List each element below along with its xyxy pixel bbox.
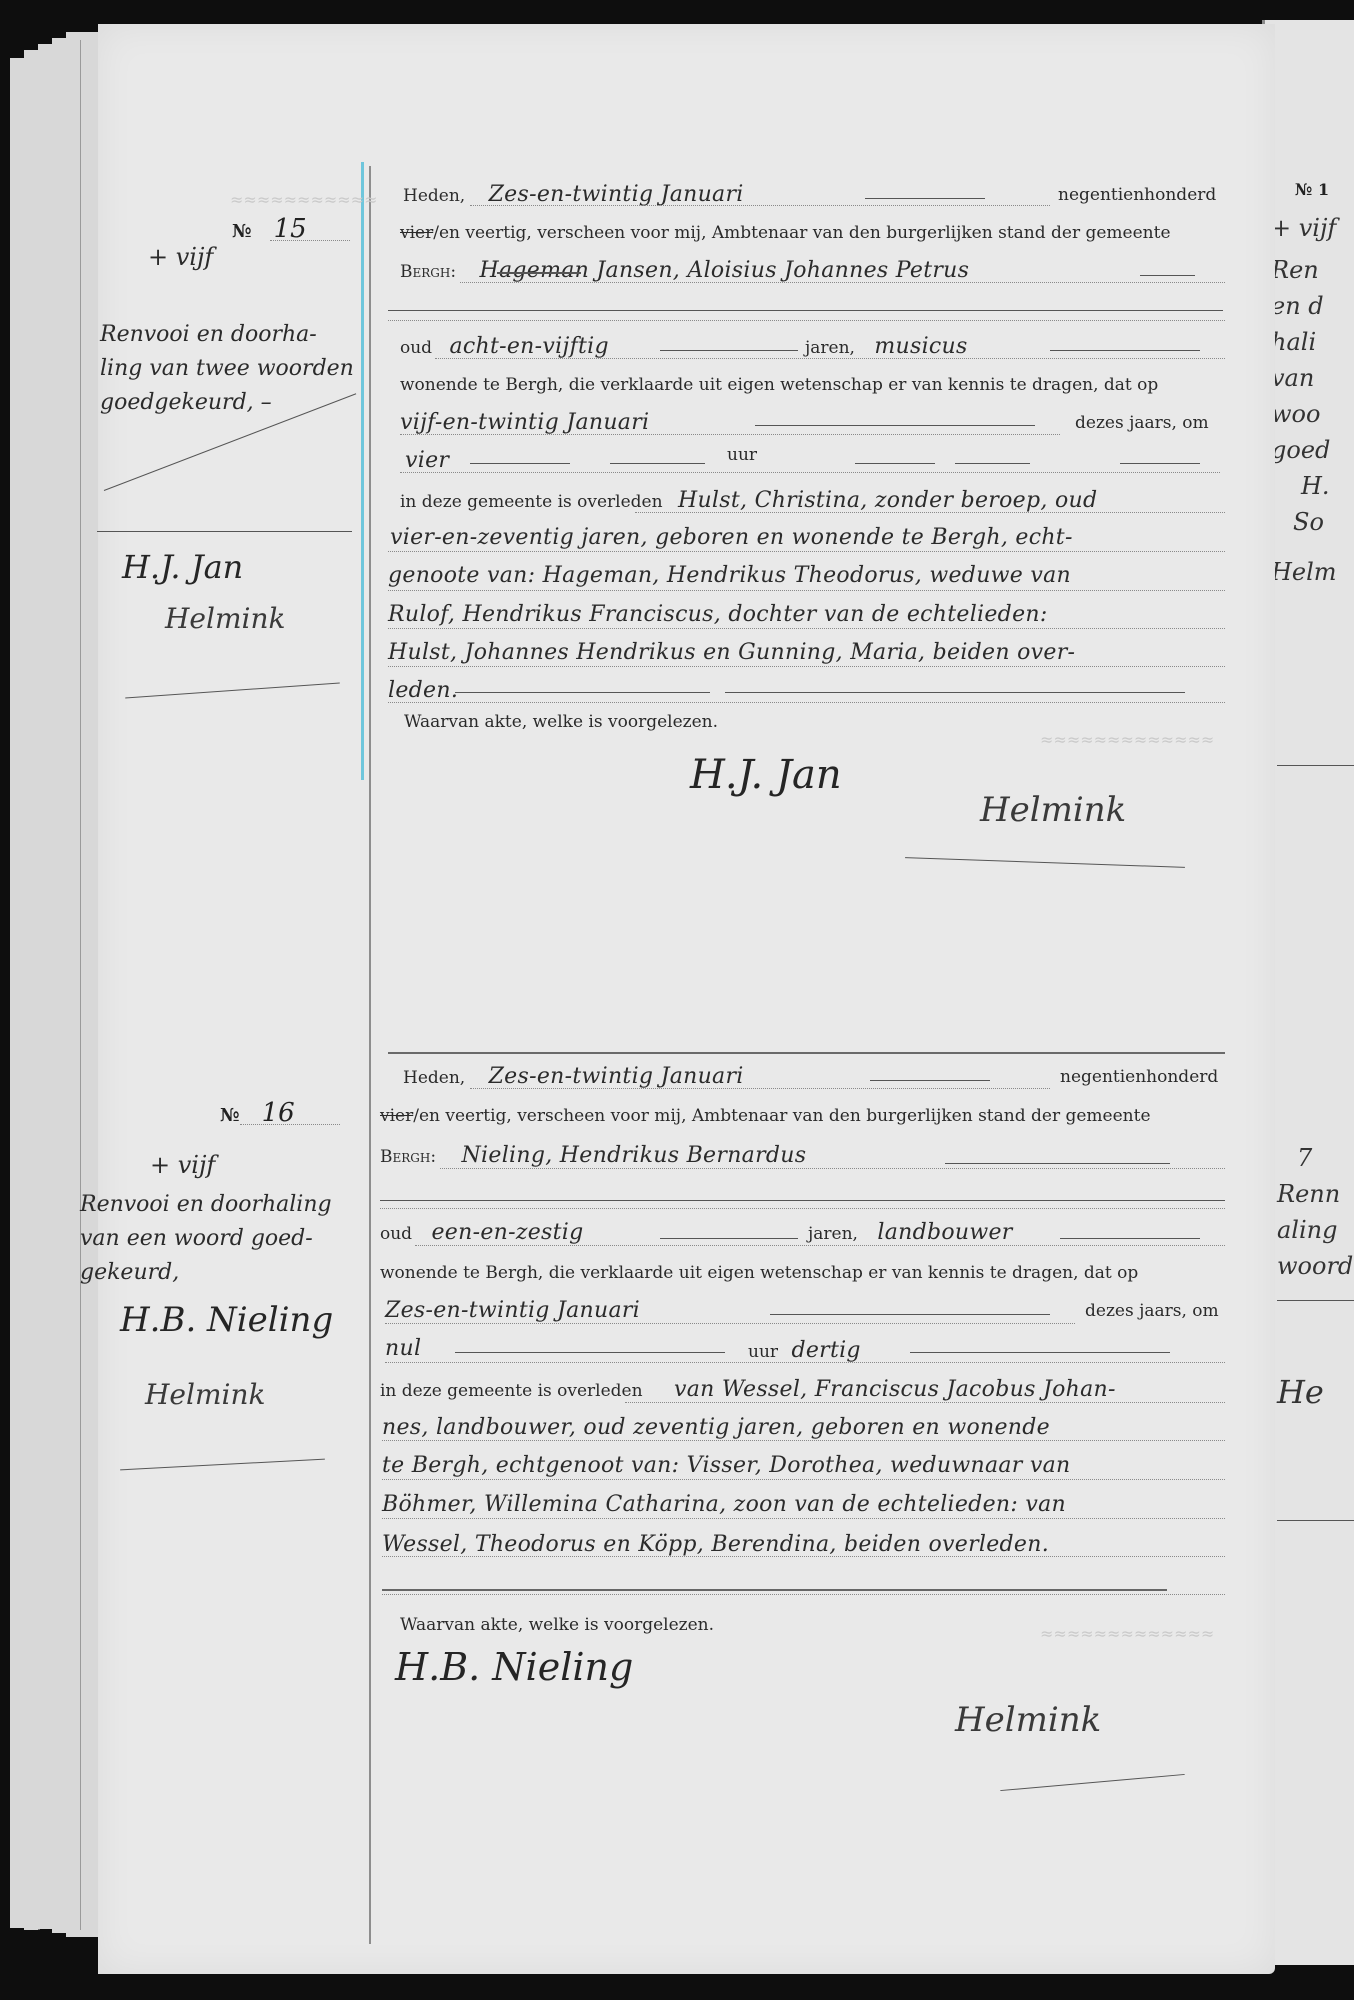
signature-declarant: H.B. Nieling [395,1645,633,1689]
dotted-line [440,1168,1225,1169]
row-hour: nul [385,1334,421,1364]
dotted-line [388,628,1225,629]
deceased-line: genoote van: Hageman, Hendrikus Theodoru… [388,561,1071,591]
fill-rule [855,463,935,464]
fill-rule [455,692,710,693]
fill-rule [660,350,798,351]
fill-rule [470,463,570,464]
dotted-line [240,1124,340,1125]
right-page-fragment: № 1 + vijf Ren en d hali van woo goed H.… [1262,20,1354,1965]
margin-line [369,166,371,1944]
dotted-line [635,512,1225,513]
right-margin-line: goed [1271,432,1337,468]
dotted-line [470,205,1050,206]
dotted-line [385,1323,1075,1324]
row-age: oud een-en-zestig [380,1218,584,1248]
fill-rule [1140,275,1195,276]
right-margin-line: Helm [1271,554,1337,590]
right-margin-line: + vijf [1271,210,1337,246]
fill-rule [380,1200,1225,1201]
deceased-line: Böhmer, Willemina Catharina, zoon van de… [382,1490,1066,1520]
closing-statement: Waarvan akte, welke is voorgelezen. [404,707,718,737]
death-hour: nul [385,1336,421,1361]
deceased-line: van Wessel, Franciscus Jacobus Johan- [674,1377,1116,1402]
right-margin-line: 7 [1297,1140,1353,1176]
fill-rule [455,1352,725,1353]
margin-line-cyan [361,162,364,780]
margin-note: Renvooi en doorhaling van een woord goed… [80,1188,332,1290]
dotted-line [388,702,1225,703]
right-margin-line: van [1271,360,1337,396]
signature-official: Helmink [955,1700,1101,1740]
row-death-date: Zes-en-twintig Januari [385,1296,640,1326]
death-minutes: dertig [791,1338,860,1363]
declarant-age: acht-en-vijftig [449,334,608,359]
right-margin-line: H. [1301,468,1337,504]
number-label: № [232,221,252,242]
deceased-line: te Bergh, echtgenoot van: Visser, Doroth… [382,1451,1071,1481]
label-oud: oud [380,1224,412,1244]
label-heden: Heden, [403,1068,465,1088]
right-margin-line: woo [1271,396,1337,432]
bleed-through: ≈≈≈≈≈≈≈≈≈≈≈ [230,190,377,209]
strike-through [497,272,581,274]
bleed-through: ≈≈≈≈≈≈≈≈≈≈≈≈≈ [1040,730,1214,749]
registration-date: Zes-en-twintig Januari [489,182,744,207]
fill-rule [660,1238,798,1239]
dotted-line [435,358,1225,359]
dotted-line [625,1402,1225,1403]
registration-date: Zes-en-twintig Januari [489,1064,744,1089]
margin-signature: H.J. Jan [122,548,243,586]
dotted-line [382,1518,1225,1519]
death-hour: vier [405,448,449,473]
fill-rule [1060,1238,1200,1239]
label-dezes-jaars: dezes jaars, om [1085,1296,1219,1326]
fill-rule [725,692,1185,693]
struck-word: vier [400,223,433,243]
label-bergh: Bergh: [380,1147,436,1167]
right-margin-line: aling [1277,1212,1353,1248]
fill-rule [1050,350,1200,351]
right-margin-line: en d [1271,288,1337,324]
dotted-line [400,434,1060,435]
margin-note-line: ling van twee woorden [100,352,354,386]
dotted-line [385,1362,1225,1363]
label-negentienhonderd: negentienhonderd [1058,180,1216,210]
dotted-line [400,472,1220,473]
row-declarant: Bergh: Nieling, Hendrikus Bernardus [380,1141,806,1171]
dotted-line [382,1440,1225,1441]
margin-note-line: Renvooi en doorha- [100,318,354,352]
right-margin-line: So [1293,504,1337,540]
rule [97,531,352,532]
year-line: en veertig, verscheen voor mij, Ambtenaa… [419,1106,1151,1126]
label-jaren: jaren, [805,338,855,358]
margin-note-line: Renvooi en doorhaling [80,1188,332,1222]
dotted-line [460,282,1225,283]
deceased-line: Hulst, Christina, zonder beroep, oud [678,488,1097,513]
label-overleden: in deze gemeente is overleden [380,1381,643,1401]
right-page-number: № 1 [1295,180,1329,199]
year-line: en veertig, verscheen voor mij, Ambtenaa… [439,223,1171,243]
declarant-occupation: landbouwer [877,1220,1012,1245]
row-wonende: wonende te Bergh, die verklaarde uit eig… [380,1258,1138,1288]
record-separator [388,1052,1225,1054]
deceased-line: nes, landbouwer, oud zeventig jaren, geb… [382,1413,1050,1443]
dotted-line [470,1088,1050,1089]
dotted-line [382,1556,1225,1557]
left-ruled-line [80,40,81,1930]
label-jaren: jaren, [808,1224,858,1244]
fill-rule [945,1163,1170,1164]
row-year: vier/en veertig, verscheen voor mij, Amb… [400,218,1171,248]
dotted-line [388,590,1225,591]
label-uur: uur [727,440,757,470]
deceased-line: Hulst, Johannes Hendrikus en Gunning, Ma… [388,638,1075,668]
row-wonende: wonende te Bergh, die verklaarde uit eig… [400,370,1158,400]
death-date: Zes-en-twintig Januari [385,1298,640,1323]
declarant-age: een-en-zestig [431,1220,583,1245]
margin-signature: Helmink [145,1378,265,1411]
death-date: vijf-en-twintig Januari [400,410,649,435]
right-margin-line: He [1277,1374,1353,1410]
dotted-line [388,320,1225,321]
fill-rule [955,463,1030,464]
row-occupation: jaren, landbouwer [808,1218,1013,1248]
declarant-occupation: musicus [874,334,967,359]
label-dezes-jaars: dezes jaars, om [1075,408,1209,438]
label-heden: Heden, [403,186,465,206]
register-page [98,24,1275,1974]
fill-rule [388,310,1223,311]
dotted-line [382,1479,1225,1480]
fill-rule [1120,463,1200,464]
signature-official: Helmink [980,790,1126,830]
number-label: № [220,1105,240,1126]
dotted-line [380,1208,1225,1209]
margin-signature: H.B. Nieling [120,1300,333,1340]
dotted-line [415,1245,1225,1246]
margin-signature: Helmink [165,602,285,635]
bleed-through: ≈≈≈≈≈≈≈≈≈≈≈≈≈ [1040,1624,1214,1643]
dotted-line [388,666,1225,667]
dotted-line [382,1594,1225,1595]
margin-note-line: van een woord goed- [80,1222,332,1256]
fill-rule [382,1589,1167,1591]
margin-note-line: goedgekeurd, – [100,386,354,420]
declarant-name: Nieling, Hendrikus Bernardus [461,1143,806,1168]
closing-statement: Waarvan akte, welke is voorgelezen. [400,1610,714,1640]
signature-declarant: H.J. Jan [690,752,842,798]
label-negentienhonderd: negentienhonderd [1060,1062,1218,1092]
rule [1277,765,1354,766]
struck-word: vier [380,1106,413,1126]
right-margin-line: Renn [1277,1176,1353,1212]
margin-note: Renvooi en doorha- ling van twee woorden… [100,318,354,420]
fill-rule [910,1352,1170,1353]
margin-note-line: gekeurd, [80,1256,332,1290]
label-bergh: Bergh: [400,262,456,282]
margin-insert: + vijf [148,240,213,274]
fill-rule [755,425,1035,426]
rule [1277,1520,1354,1521]
row-deceased: in deze gemeente is overleden van Wessel… [380,1375,1116,1405]
fill-rule [770,1314,1050,1315]
page-edge [66,32,100,1937]
declarant-name: Hageman Jansen, Aloisius Johannes Petrus [479,258,969,283]
fill-rule [870,1080,990,1081]
right-margin-line: hali [1271,324,1337,360]
fill-rule [865,198,985,199]
right-margin-line: Ren [1271,252,1337,288]
label-oud: oud [400,338,432,358]
margin-insert: + vijf [150,1148,215,1182]
rule [1277,1300,1354,1301]
label-overleden: in deze gemeente is overleden [400,492,663,512]
dotted-line [388,551,1225,552]
dotted-line [270,240,350,241]
label-uur: uur [748,1342,778,1362]
fill-rule [610,463,705,464]
deceased-line: Rulof, Hendrikus Franciscus, dochter van… [388,600,1048,630]
right-margin-line: woord [1277,1248,1353,1284]
deceased-line: vier-en-zeventig jaren, geboren en wonen… [390,523,1073,553]
row-year: vier/en veertig, verscheen voor mij, Amb… [380,1101,1151,1131]
